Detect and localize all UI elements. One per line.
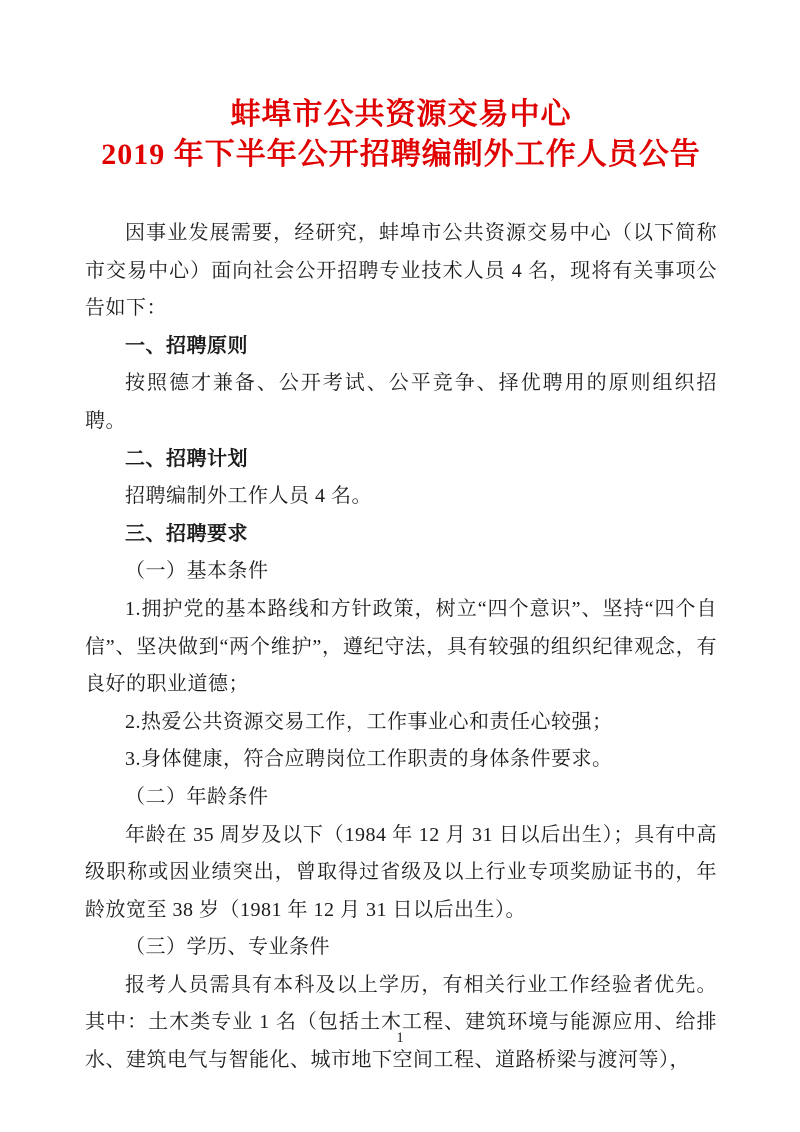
doc-body: 因事业发展需要，经研究，蚌埠市公共资源交易中心（以下简称市交易中心）面向社会公开…: [85, 215, 717, 1080]
paragraph-intro: 因事业发展需要，经研究，蚌埠市公共资源交易中心（以下简称市交易中心）面向社会公开…: [85, 215, 717, 328]
paragraph-condition-1: 1.拥护党的基本路线和方针政策，树立“四个意识”、坚持“四个自信”、坚决做到“两…: [85, 591, 717, 704]
document-content: 蚌埠市公共资源交易中心 2019 年下半年公开招聘编制外工作人员公告 因事业发展…: [85, 95, 717, 1080]
subsection-education-conditions: （三）学历、专业条件: [85, 929, 717, 967]
paragraph-plan: 招聘编制外工作人员 4 名。: [85, 478, 717, 516]
section-heading-principles: 一、招聘原则: [85, 328, 717, 366]
section-heading-plan: 二、招聘计划: [85, 441, 717, 479]
paragraph-education-detail: 报考人员需具有本科及以上学历，有相关行业工作经验者优先。其中：土木类专业 1 名…: [85, 967, 717, 1080]
page-number: 1: [0, 1028, 800, 1048]
subsection-basic-conditions: （一）基本条件: [85, 553, 717, 591]
doc-title: 蚌埠市公共资源交易中心 2019 年下半年公开招聘编制外工作人员公告: [85, 95, 717, 175]
doc-title-line-2: 2019 年下半年公开招聘编制外工作人员公告: [85, 135, 717, 175]
section-heading-requirements: 三、招聘要求: [85, 516, 717, 554]
paragraph-principles: 按照德才兼备、公开考试、公平竞争、择优聘用的原则组织招聘。: [85, 365, 717, 440]
subsection-age-conditions: （二）年龄条件: [85, 779, 717, 817]
paragraph-condition-2: 2.热爱公共资源交易工作，工作事业心和责任心较强；: [85, 704, 717, 742]
paragraph-age-detail: 年龄在 35 周岁及以下（1984 年 12 月 31 日以后出生）；具有中高级…: [85, 817, 717, 930]
paragraph-condition-3: 3.身体健康，符合应聘岗位工作职责的身体条件要求。: [85, 741, 717, 779]
doc-title-line-1: 蚌埠市公共资源交易中心: [85, 95, 717, 135]
document-page: 蚌埠市公共资源交易中心 2019 年下半年公开招聘编制外工作人员公告 因事业发展…: [0, 0, 800, 1132]
